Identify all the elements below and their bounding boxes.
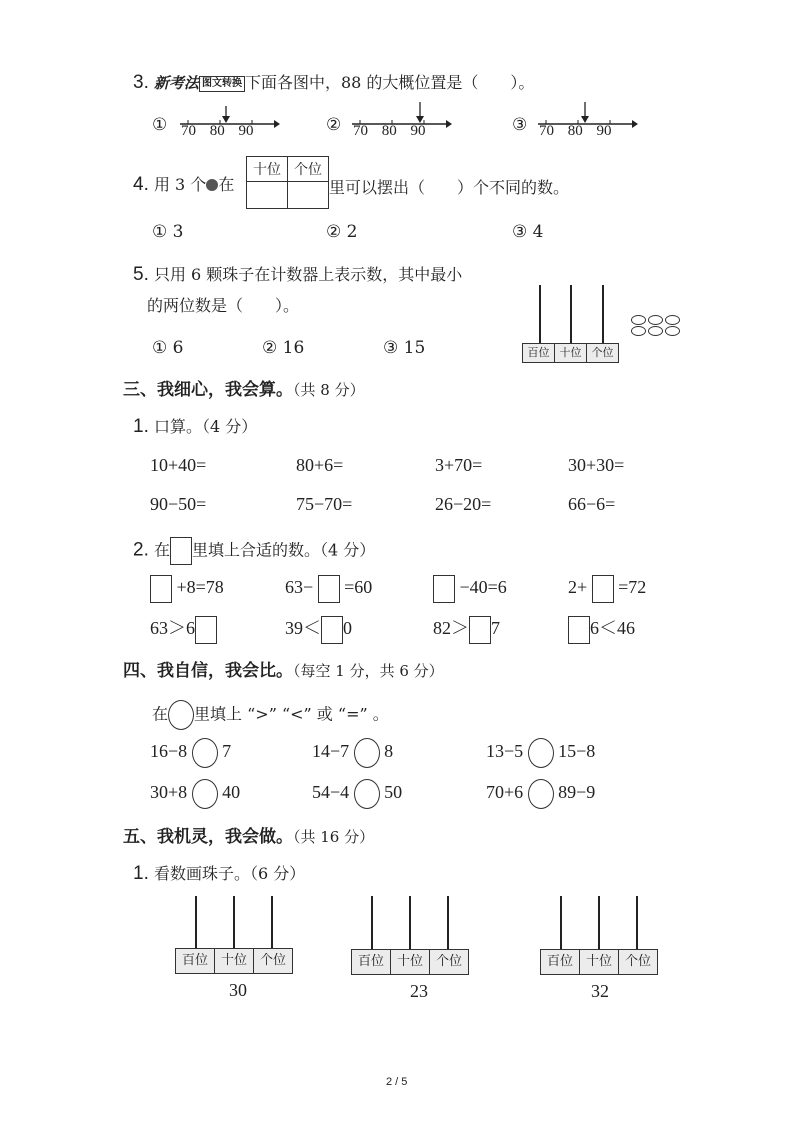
section-4-instruction: 在里填上 “>” “<” 或 “=” 。	[152, 700, 389, 730]
compare-circle[interactable]	[528, 738, 554, 768]
type-tag: 图文转换	[199, 76, 245, 92]
compare-circle[interactable]	[192, 738, 218, 768]
question-3: 3. 新考法图文转换下面各图中，88 的大概位置是（ ）。	[133, 70, 534, 94]
bead-icon	[665, 326, 680, 336]
mental-math-item[interactable]: 75−70=	[296, 494, 352, 515]
answer-box[interactable]	[150, 575, 172, 603]
mental-math-item[interactable]: 3+70=	[435, 455, 482, 476]
question-number: 3.	[133, 72, 149, 93]
answer-box[interactable]	[321, 616, 343, 644]
compare-item: 13−5 15−8	[486, 738, 595, 768]
section-3-sub1-heading: 1. 口算。（4 分）	[133, 414, 257, 438]
question-text: 下面各图中，88 的大概位置是（ ）。	[245, 73, 534, 92]
section-3-sub2-heading: 2. 在里填上合适的数。（4 分）	[133, 537, 375, 565]
fill-box-item: 2+ =72	[568, 575, 646, 603]
q5-option-1[interactable]: ① 6	[152, 338, 183, 358]
fill-box-item: 82＞7	[433, 614, 500, 644]
fill-box-item: 6＜46	[568, 614, 635, 644]
option-mark: ③	[512, 115, 527, 135]
fill-box-item: 63＞6	[150, 614, 217, 644]
compare-item: 70+6 89−9	[486, 779, 595, 809]
fill-box-item: +8=78	[150, 575, 224, 603]
q5-option-3[interactable]: ③ 15	[383, 338, 425, 358]
compare-item: 30+8 40	[150, 779, 240, 809]
answer-box[interactable]	[318, 575, 340, 603]
rod	[570, 285, 572, 343]
answer-box[interactable]	[469, 616, 491, 644]
bead-dot-icon	[206, 179, 218, 191]
answer-box[interactable]	[568, 616, 590, 644]
answer-box[interactable]	[433, 575, 455, 603]
answer-box[interactable]	[195, 616, 217, 644]
q3-option-1[interactable]: ①	[152, 115, 167, 135]
answer-box[interactable]	[592, 575, 614, 603]
new-method-label: 新考法	[154, 74, 199, 92]
compare-circle[interactable]	[192, 779, 218, 809]
abacus-number: 30	[229, 980, 247, 1001]
compare-circle[interactable]	[354, 779, 380, 809]
q4-option-2[interactable]: ② 2	[326, 222, 357, 242]
beads-group	[631, 314, 682, 336]
abacus-q5: 百位 十位 个位	[522, 285, 617, 365]
number-line-2-ticks: 70 80 90	[353, 123, 426, 140]
mental-math-item[interactable]: 90−50=	[150, 494, 206, 515]
abacus-number: 23	[410, 981, 428, 1002]
section-4-heading: 四、我自信，我会比。（每空 1 分，共 6 分）	[123, 656, 444, 681]
question-4-text: 4. 用 3 个在	[133, 172, 234, 196]
section-3-heading: 三、我细心，我会算。（共 8 分）	[123, 375, 365, 400]
page-indicator: 2 / 5	[386, 1076, 407, 1088]
option-mark: ②	[326, 115, 341, 135]
question-5-line2: 的两位数是（ ）。	[147, 293, 299, 316]
abacus-base: 百位 十位 个位	[522, 343, 619, 363]
q4-option-3[interactable]: ③ 4	[512, 222, 543, 242]
bead-icon	[631, 315, 646, 325]
q4-option-1[interactable]: ① 3	[152, 222, 183, 242]
bead-icon	[648, 315, 663, 325]
mental-math-item[interactable]: 80+6=	[296, 455, 343, 476]
abacus-number: 32	[591, 981, 609, 1002]
q3-option-3[interactable]: ③	[512, 115, 527, 135]
fill-box-item: 39＜0	[285, 614, 352, 644]
section-5-heading: 五、我机灵，我会做。（共 16 分）	[123, 822, 374, 847]
question-5-line1: 5. 只用 6 颗珠子在计数器上表示数，其中最小	[133, 262, 462, 286]
mental-math-item[interactable]: 26−20=	[435, 494, 491, 515]
fill-box-item: −40=6	[433, 575, 507, 603]
compare-item: 16−8 7	[150, 738, 231, 768]
section-5-sub1-heading: 1. 看数画珠子。（6 分）	[133, 861, 305, 885]
rod	[539, 285, 541, 343]
compare-circle[interactable]	[528, 779, 554, 809]
rod	[602, 285, 604, 343]
bead-icon	[648, 326, 663, 336]
answer-box-icon	[170, 537, 192, 565]
number-line-1-ticks: 70 80 90	[181, 123, 254, 140]
place-value-table: 十位个位	[246, 156, 329, 209]
q5-option-2[interactable]: ② 16	[262, 338, 304, 358]
mental-math-item[interactable]: 10+40=	[150, 455, 206, 476]
circle-icon	[168, 700, 194, 730]
option-mark: ①	[152, 115, 167, 135]
compare-item: 54−4 50	[312, 779, 402, 809]
compare-circle[interactable]	[354, 738, 380, 768]
mental-math-item[interactable]: 30+30=	[568, 455, 624, 476]
mental-math-item[interactable]: 66−6=	[568, 494, 615, 515]
fill-box-item: 63− =60	[285, 575, 372, 603]
question-4-tail: 里可以摆出（ ）个不同的数。	[329, 175, 569, 198]
bead-icon	[631, 326, 646, 336]
compare-item: 14−7 8	[312, 738, 393, 768]
number-line-3-ticks: 70 80 90	[539, 123, 612, 140]
q3-option-2[interactable]: ②	[326, 115, 341, 135]
bead-icon	[665, 315, 680, 325]
